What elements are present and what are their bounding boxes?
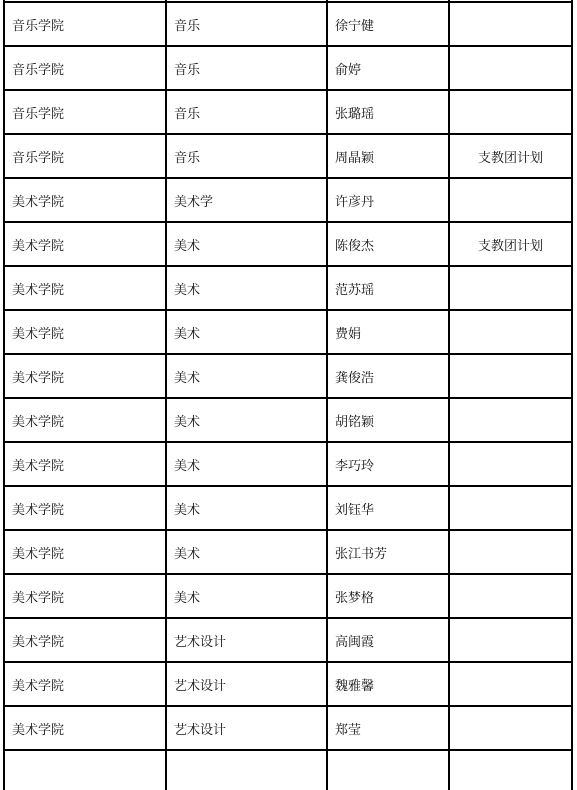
- table-row: 美术学院美术张江书芳: [4, 530, 572, 574]
- note-cell: [449, 442, 572, 486]
- table-row: 美术学院美术陈俊杰支教团计划: [4, 222, 572, 266]
- college-cell: 美术学院: [4, 574, 166, 618]
- table-row: 音乐学院音乐张璐瑶: [4, 90, 572, 134]
- table-row: 美术学院美术费娟: [4, 310, 572, 354]
- name-cell: 张江书芳: [327, 530, 449, 574]
- table-row: 音乐学院音乐周晶颖支教团计划: [4, 134, 572, 178]
- note-cell: [449, 90, 572, 134]
- note-cell: [449, 574, 572, 618]
- note-cell: [449, 46, 572, 90]
- major-cell: 艺术设计: [166, 662, 327, 706]
- name-cell: 刘钰华: [327, 486, 449, 530]
- note-cell: [449, 178, 572, 222]
- major-cell: 音乐: [166, 90, 327, 134]
- student-list-table: 音乐学院音乐徐宁健音乐学院音乐俞婷音乐学院音乐张璐瑶音乐学院音乐周晶颖支教团计划…: [3, 0, 573, 790]
- college-cell: 音乐学院: [4, 134, 166, 178]
- note-cell: [449, 750, 572, 790]
- note-cell: [449, 2, 572, 46]
- note-cell: [449, 266, 572, 310]
- table-row: 美术学院美术龚俊浩: [4, 354, 572, 398]
- college-cell: 美术学院: [4, 398, 166, 442]
- major-cell: [166, 750, 327, 790]
- name-cell: 郑莹: [327, 706, 449, 750]
- table-row: 美术学院美术李巧玲: [4, 442, 572, 486]
- table-row: 美术学院艺术设计郑莹: [4, 706, 572, 750]
- name-cell: 范苏瑶: [327, 266, 449, 310]
- note-cell: [449, 662, 572, 706]
- name-cell: 李巧玲: [327, 442, 449, 486]
- name-cell: 徐宁健: [327, 2, 449, 46]
- table-body: 音乐学院音乐徐宁健音乐学院音乐俞婷音乐学院音乐张璐瑶音乐学院音乐周晶颖支教团计划…: [4, 0, 572, 790]
- table-row: 美术学院艺术设计高闽霞: [4, 618, 572, 662]
- name-cell: 许彦丹: [327, 178, 449, 222]
- college-cell: 美术学院: [4, 662, 166, 706]
- note-cell: 支教团计划: [449, 222, 572, 266]
- college-cell: 美术学院: [4, 442, 166, 486]
- major-cell: 美术: [166, 398, 327, 442]
- note-cell: [449, 618, 572, 662]
- table-row: 美术学院美术学许彦丹: [4, 178, 572, 222]
- name-cell: 龚俊浩: [327, 354, 449, 398]
- major-cell: 美术: [166, 486, 327, 530]
- note-cell: [449, 398, 572, 442]
- college-cell: 美术学院: [4, 530, 166, 574]
- college-cell: 美术学院: [4, 354, 166, 398]
- name-cell: 陈俊杰: [327, 222, 449, 266]
- college-cell: 美术学院: [4, 266, 166, 310]
- major-cell: 艺术设计: [166, 706, 327, 750]
- college-cell: 音乐学院: [4, 2, 166, 46]
- table-row: 美术学院美术范苏瑶: [4, 266, 572, 310]
- major-cell: 艺术设计: [166, 618, 327, 662]
- college-cell: 美术学院: [4, 310, 166, 354]
- table-row: 音乐学院音乐徐宁健: [4, 2, 572, 46]
- note-cell: 支教团计划: [449, 134, 572, 178]
- name-cell: 周晶颖: [327, 134, 449, 178]
- major-cell: 美术学: [166, 178, 327, 222]
- major-cell: 美术: [166, 530, 327, 574]
- name-cell: 胡铭颖: [327, 398, 449, 442]
- college-cell: 音乐学院: [4, 90, 166, 134]
- table-row: 美术学院美术刘钰华: [4, 486, 572, 530]
- college-cell: 音乐学院: [4, 46, 166, 90]
- major-cell: 美术: [166, 574, 327, 618]
- college-cell: 美术学院: [4, 222, 166, 266]
- college-cell: 美术学院: [4, 706, 166, 750]
- college-cell: [4, 750, 166, 790]
- name-cell: 俞婷: [327, 46, 449, 90]
- college-cell: 美术学院: [4, 178, 166, 222]
- name-cell: 费娟: [327, 310, 449, 354]
- major-cell: 音乐: [166, 2, 327, 46]
- college-cell: 美术学院: [4, 486, 166, 530]
- major-cell: 音乐: [166, 46, 327, 90]
- table-row: 美术学院美术胡铭颖: [4, 398, 572, 442]
- major-cell: 美术: [166, 310, 327, 354]
- table-row: 美术学院美术张梦格: [4, 574, 572, 618]
- table-row: 音乐学院音乐俞婷: [4, 46, 572, 90]
- note-cell: [449, 310, 572, 354]
- major-cell: 美术: [166, 266, 327, 310]
- name-cell: 高闽霞: [327, 618, 449, 662]
- major-cell: 美术: [166, 442, 327, 486]
- note-cell: [449, 354, 572, 398]
- name-cell: 张梦格: [327, 574, 449, 618]
- name-cell: [327, 750, 449, 790]
- note-cell: [449, 530, 572, 574]
- college-cell: 美术学院: [4, 618, 166, 662]
- major-cell: 美术: [166, 222, 327, 266]
- major-cell: 音乐: [166, 134, 327, 178]
- table-row: 美术学院艺术设计魏雅馨: [4, 662, 572, 706]
- name-cell: 张璐瑶: [327, 90, 449, 134]
- note-cell: [449, 486, 572, 530]
- table-row: [4, 750, 572, 790]
- note-cell: [449, 706, 572, 750]
- name-cell: 魏雅馨: [327, 662, 449, 706]
- major-cell: 美术: [166, 354, 327, 398]
